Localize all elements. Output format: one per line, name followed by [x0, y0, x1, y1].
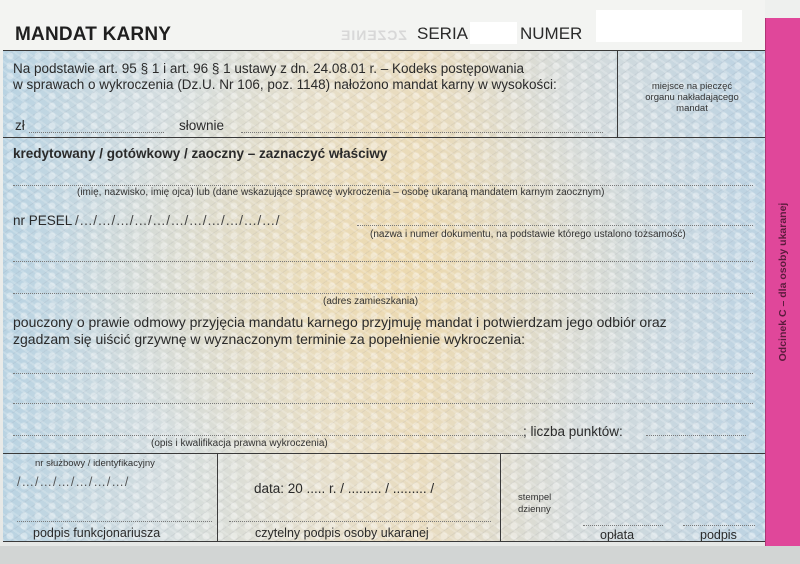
officer-id-field[interactable]: /…/…/…/…/…/…/: [17, 475, 129, 489]
ticket-sheet: MANDAT KARNY ZCZENIE SERIA NUMER Na pods…: [0, 0, 800, 564]
day-stamp-caption: stempel dzienny: [518, 492, 551, 516]
date-field[interactable]: data: 20 ..... r. / ......... / ........…: [254, 481, 434, 496]
stamp-signature-field[interactable]: [683, 525, 755, 526]
numer-label: NUMER: [520, 24, 582, 44]
address-caption: (adres zamieszkania): [323, 296, 418, 307]
seria-field[interactable]: [470, 22, 517, 44]
offense-field-line-2[interactable]: [13, 403, 753, 404]
address-field-line-1[interactable]: [13, 261, 753, 262]
counterfoil-label: Odcinek C – dla osoby ukaranej: [777, 203, 789, 362]
amount-in-words-field[interactable]: [241, 132, 603, 133]
officer-signature-field[interactable]: [17, 521, 212, 522]
id-document-caption: (nazwa i numer dokumentu, na podstawie k…: [370, 229, 686, 240]
signature-divider-2: [500, 453, 501, 542]
offense-caption: (opis i kwalifikacja prawna wykroczenia): [151, 438, 328, 449]
penalty-points-field[interactable]: [646, 435, 746, 436]
day-stamp-caption-line-2: dzienny: [518, 504, 551, 516]
stamp-caption-line-2: organu nakładającego: [619, 92, 765, 103]
amount-field[interactable]: [29, 132, 164, 133]
legal-basis-line-1: Na podstawie art. 95 § 1 i art. 96 § 1 u…: [13, 61, 524, 76]
legal-basis-line-2: w sprawach o wykroczenia (Dz.U. Nr 106, …: [13, 77, 557, 92]
document-title: MANDAT KARNY: [15, 24, 171, 46]
stamp-area-caption: miejsce na pieczęć organu nakładającego …: [619, 81, 765, 114]
numer-field[interactable]: [596, 10, 742, 42]
header: MANDAT KARNY ZCZENIE SERIA NUMER: [0, 0, 765, 50]
mirrored-show-through-text: ZCZENIE: [340, 27, 407, 43]
fee-field[interactable]: [583, 525, 663, 526]
id-document-field[interactable]: [357, 225, 753, 226]
penalty-points-label: ; liczba punktów:: [523, 424, 623, 439]
fee-label: opłata: [600, 528, 634, 542]
officer-signature-label: podpis funkcjonariusza: [33, 526, 160, 540]
stamp-divider: [617, 51, 618, 137]
acceptance-statement-line-2: zgadzam się uiścić grzywnę w wyznaczonym…: [13, 331, 525, 347]
section-divider-1: [3, 137, 765, 138]
page-edge: [0, 546, 800, 564]
acceptance-statement-line-1: pouczony o prawie odmowy przyjęcia manda…: [13, 314, 667, 330]
form-body: Na podstawie art. 95 § 1 i art. 96 § 1 u…: [3, 50, 765, 542]
pesel-label: nr PESEL: [13, 213, 72, 228]
signature-divider-1: [217, 453, 218, 542]
day-stamp-caption-line-1: stempel: [518, 492, 551, 504]
officer-id-label: nr służbowy / identyfikacyjny: [35, 458, 155, 469]
counterfoil-stub: Odcinek C – dla osoby ukaranej: [765, 18, 800, 546]
stamp-caption-line-3: mandat: [619, 103, 765, 114]
ticket-type-options[interactable]: kredytowany / gotówkowy / zaoczny – zazn…: [13, 146, 387, 161]
in-words-label: słownie: [179, 118, 224, 133]
address-field-line-2[interactable]: [13, 293, 753, 294]
offense-field-line-1[interactable]: [13, 373, 753, 374]
seria-label: SERIA: [417, 24, 468, 44]
section-divider-2: [3, 453, 765, 454]
offender-signature-field[interactable]: [229, 521, 491, 522]
offender-name-field[interactable]: [13, 185, 753, 186]
stamp-caption-line-1: miejsce na pieczęć: [619, 81, 765, 92]
pesel-field[interactable]: /…/…/…/…/…/…/…/…/…/…/…/: [75, 213, 280, 228]
offense-field-line-3[interactable]: [13, 435, 523, 436]
offender-signature-label: czytelny podpis osoby ukaranej: [255, 526, 429, 540]
stamp-signature-label: podpis: [700, 528, 737, 542]
currency-label: zł: [15, 118, 25, 133]
offender-name-caption: (imię, nazwisko, imię ojca) lub (dane ws…: [77, 187, 604, 198]
